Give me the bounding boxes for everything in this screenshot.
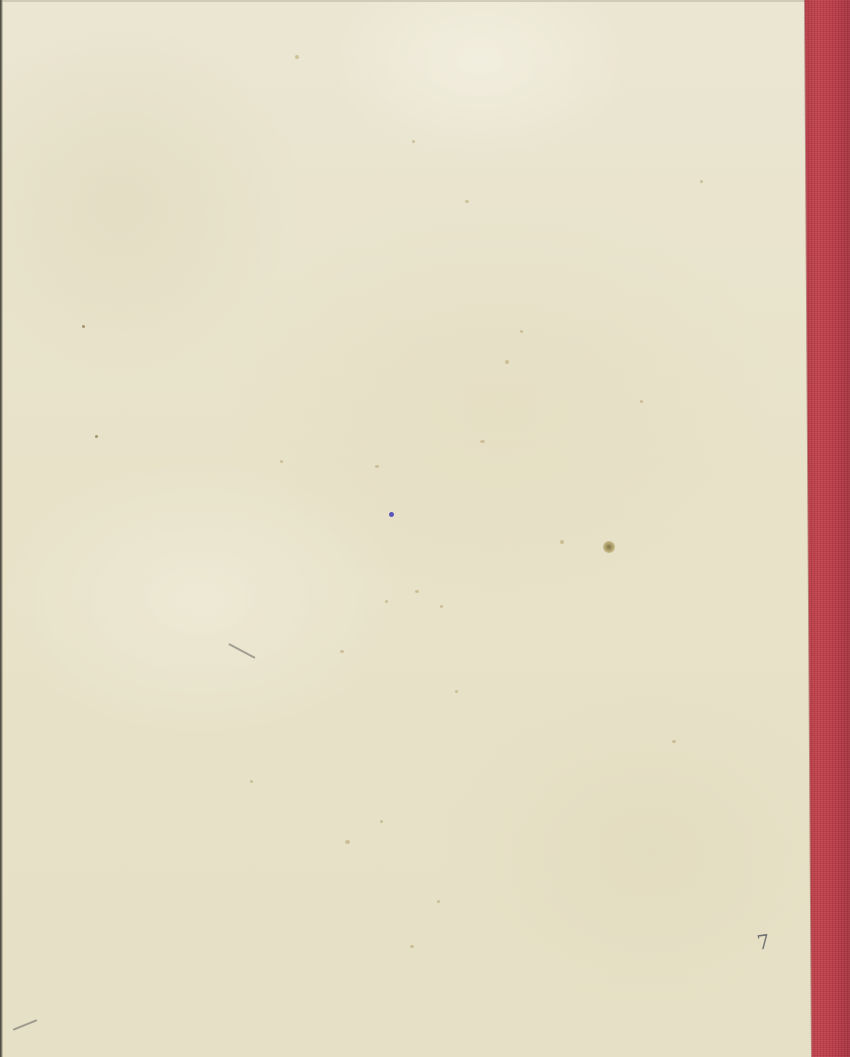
foxing-speck <box>480 440 485 443</box>
foxing-speck <box>82 325 85 328</box>
foxing-speck <box>385 600 388 603</box>
foxing-speck <box>95 435 98 438</box>
cover-paper <box>0 0 850 1057</box>
foxing-speck <box>672 740 676 743</box>
foxing-speck <box>375 465 379 468</box>
foxing-speck <box>465 200 469 203</box>
stain-spot <box>603 541 615 553</box>
foxing-speck <box>440 605 443 608</box>
red-cloth-spine <box>805 0 850 1057</box>
foxing-speck <box>505 360 509 364</box>
foxing-speck <box>295 55 299 59</box>
foxing-speck <box>410 945 414 948</box>
foxing-speck <box>520 330 523 333</box>
foxing-speck <box>700 180 703 183</box>
foxing-speck <box>412 140 415 143</box>
foxing-speck <box>560 540 564 544</box>
foxing-speck <box>455 690 458 693</box>
handwritten-mark: 7 <box>756 931 771 953</box>
left-edge-shadow <box>0 0 3 1057</box>
foxing-speck <box>250 780 253 783</box>
foxing-speck <box>437 900 440 903</box>
ink-dot <box>389 512 394 517</box>
foxing-speck <box>340 650 344 653</box>
foxing-speck <box>280 460 283 463</box>
foxing-speck <box>415 590 419 593</box>
top-edge <box>0 0 850 2</box>
foxing-speck <box>380 820 383 823</box>
foxing-speck <box>345 840 350 844</box>
foxing-speck <box>640 400 643 403</box>
book-back-cover: 7 <box>0 0 850 1057</box>
